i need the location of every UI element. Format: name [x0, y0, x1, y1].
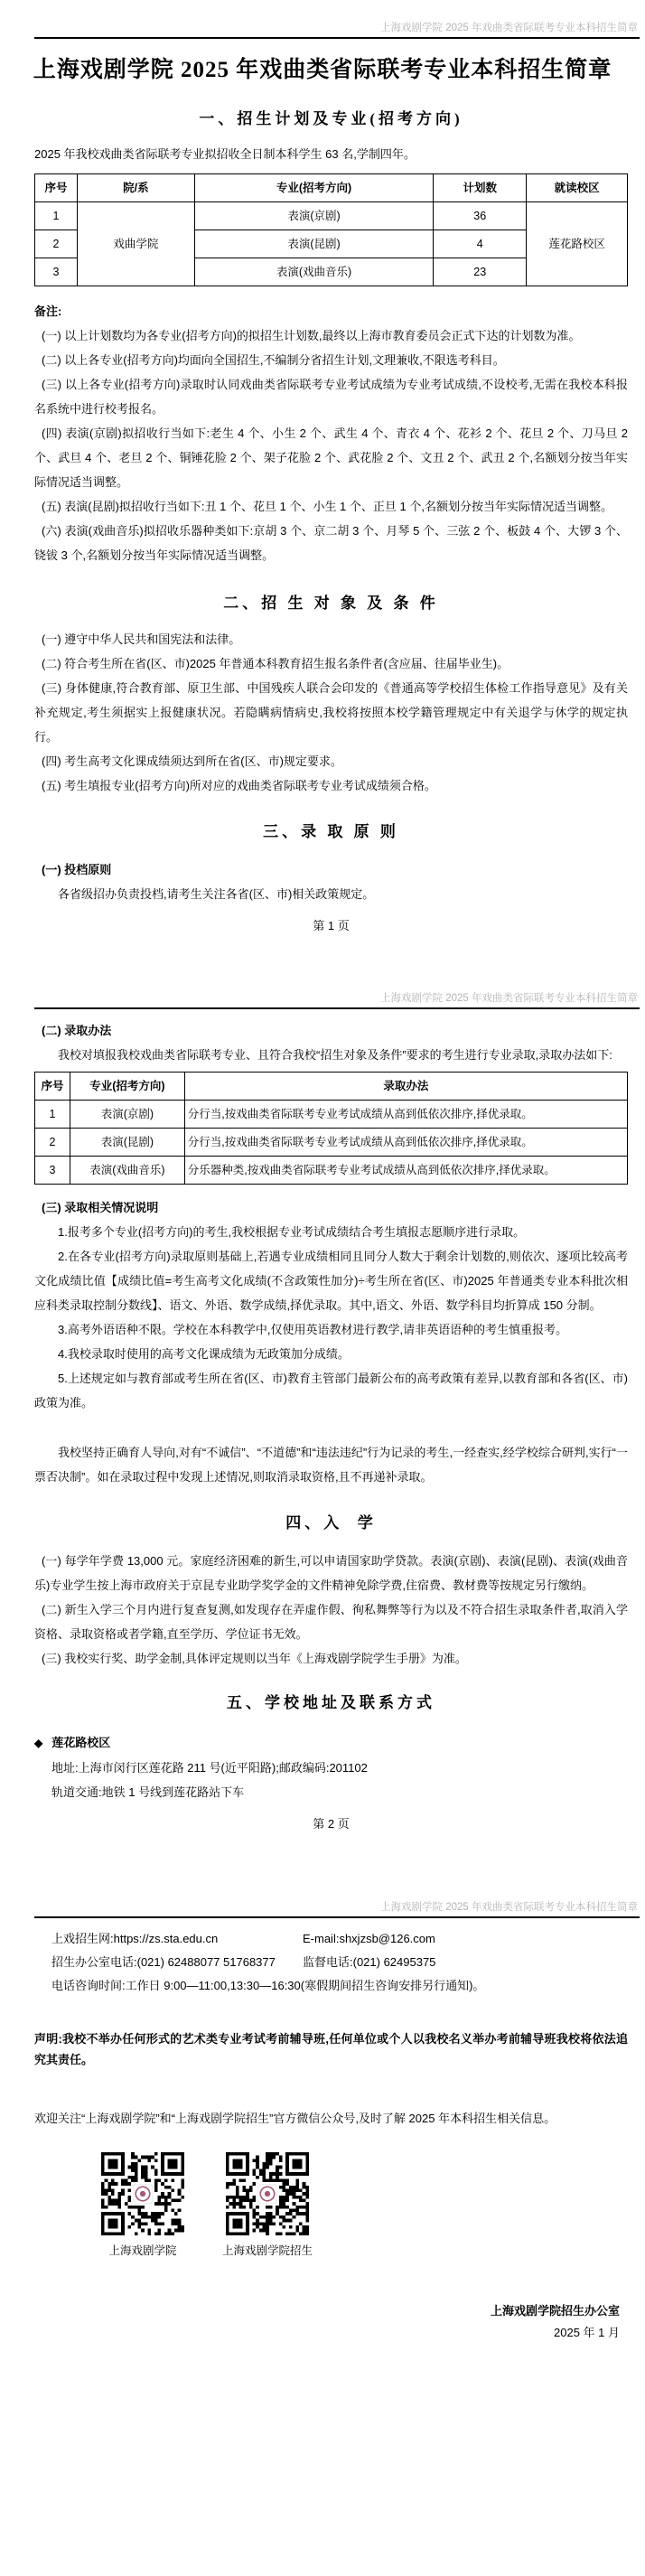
running-header: 上海戏剧学院 2025 年戏曲类省际联考专业本科招生简章	[34, 992, 640, 1005]
page-2: 上海戏剧学院 2025 年戏曲类省际联考专业本科招生简章 (二) 录取办法 我校…	[0, 938, 645, 1836]
col-campus: 就读校区	[527, 174, 628, 202]
section-3-heading: 三、录 取 原 则	[34, 821, 628, 843]
table-header-row: 序号 专业(招考方向) 录取办法	[35, 1073, 628, 1101]
col-major: 专业(招考方向)	[194, 174, 434, 202]
list-item-paragraph: 3.高考外语语种不限。学校在本科教学中,仅使用英语教材进行教学,请非英语语种的考…	[34, 1317, 628, 1342]
col-major: 专业(招考方向)	[70, 1073, 184, 1101]
list-item-paragraph: 4.我校录取时使用的高考文化课成绩为无政策加分成绩。	[34, 1342, 628, 1366]
page-header: 上海戏剧学院 2025 年戏曲类省际联考专业本科招生简章	[0, 1836, 645, 1918]
cell-major: 表演(京剧)	[70, 1101, 184, 1129]
contact-phone: 招生办公室电话:(021) 62488077 51768377	[51, 1951, 303, 1974]
col-method: 录取办法	[184, 1073, 627, 1101]
transit-line: 轨道交通:地铁 1 号线到莲花路站下车	[34, 1780, 628, 1804]
page-number: 第 1 页	[34, 913, 628, 938]
campus-name: 莲花路校区	[51, 1736, 110, 1749]
intro-paragraph: 2025 年我校戏曲类省际联考专业拟招收全日制本科学生 63 名,学制四年。	[34, 142, 628, 166]
cell-seq: 1	[35, 202, 78, 230]
cell-campus: 莲花路校区	[527, 202, 628, 286]
cell-seq: 2	[35, 230, 78, 258]
cell-major: 表演(戏曲音乐)	[70, 1157, 184, 1185]
cell-plan: 4	[434, 230, 527, 258]
running-header: 上海戏剧学院 2025 年戏曲类省际联考专业本科招生简章	[34, 22, 640, 34]
qr-code-admissions	[226, 2152, 309, 2235]
note-paragraph: (六) 表演(戏曲音乐)拟招收乐器种类如下:京胡 3 个、京二胡 3 个、月琴 …	[34, 519, 628, 567]
condition-paragraph: (一) 遵守中华人民共和国宪法和法律。	[34, 627, 628, 651]
enrollment-plan-table: 序号 院/系 专业(招考方向) 计划数 就读校区 1 戏曲学院 表演(京剧) 3…	[34, 173, 628, 286]
contact-row: 招生办公室电话:(021) 62488077 51768377 监督电话:(02…	[34, 1951, 628, 1974]
condition-paragraph: (四) 考生高考文化课成绩须达到所在省(区、市)规定要求。	[34, 749, 628, 773]
cell-method: 分行当,按戏曲类省际联考专业考试成绩从高到低依次排序,择优录取。	[184, 1101, 627, 1129]
cell-seq: 3	[35, 258, 78, 286]
col-college: 院/系	[77, 174, 194, 202]
enrollment-paragraph: (一) 每学年学费 13,000 元。家庭经济困难的新生,可以申请国家助学贷款。…	[34, 1549, 628, 1597]
contact-row: 上戏招生网:https://zs.sta.edu.cn E-mail:shxjz…	[34, 1927, 628, 1951]
cell-seq: 2	[35, 1129, 70, 1157]
admission-method-table: 序号 专业(招考方向) 录取办法 1 表演(京剧) 分行当,按戏曲类省际联考专业…	[34, 1072, 628, 1185]
section-4-heading: 四、入 学	[34, 1513, 628, 1534]
table-row: 3 表演(戏曲音乐) 分乐器种类,按戏曲类省际联考专业考试成绩从高到低依次排序,…	[35, 1157, 628, 1185]
qr-caption: 上海戏剧学院招生	[222, 2243, 313, 2259]
note-paragraph: (三) 以上各专业(招考方向)录取时认同戏曲类省际联考专业考试成绩为专业考试成绩…	[34, 372, 628, 421]
cell-plan: 23	[434, 258, 527, 286]
contact-supervision: 监督电话:(021) 62495375	[303, 1951, 435, 1974]
table-row: 2 表演(昆剧) 分行当,按戏曲类省际联考专业考试成绩从高到低依次排序,择优录取…	[35, 1129, 628, 1157]
list-item-paragraph: 2.在各专业(招考方向)录取原则基础上,若遇专业成绩相同且同分人数大于剩余计划数…	[34, 1244, 628, 1317]
body-paragraph: 我校对填报我校戏曲类省际联考专业、且符合我校“招生对象及条件”要求的考生进行专业…	[34, 1043, 628, 1067]
notes-label: 备注:	[34, 299, 628, 323]
section-5-heading: 五、学校地址及联系方式	[34, 1692, 628, 1714]
enrollment-paragraph: (二) 新生入学三个月内进行复查复测,如发现存在弄虚作假、徇私舞弊等行为以及不符…	[34, 1597, 628, 1646]
note-paragraph: (一) 以上计划数均为各专业(招考方向)的拟招生计划数,最终以上海市教育委员会正…	[34, 323, 628, 348]
declaration-paragraph: 声明:我校不举办任何形式的艺术类专业考试考前辅导班,任何单位或个人以我校名义举办…	[34, 2028, 628, 2070]
page-number: 第 2 页	[34, 1812, 628, 1836]
campus-line: ◆莲花路校区	[34, 1730, 628, 1756]
col-plan: 计划数	[434, 174, 527, 202]
list-item-paragraph: 1.报考多个专业(招考方向)的考生,我校根据专业考试成绩结合考生填报志愿顺序进行…	[34, 1220, 628, 1244]
table-row: 1 表演(京剧) 分行当,按戏曲类省际联考专业考试成绩从高到低依次排序,择优录取…	[35, 1101, 628, 1129]
col-seq: 序号	[35, 174, 78, 202]
table-row: 1 戏曲学院 表演(京剧) 36 莲花路校区	[35, 202, 628, 230]
running-header: 上海戏剧学院 2025 年戏曲类省际联考专业本科招生简章	[34, 1901, 640, 1914]
qr-code-row: 上海戏剧学院 上海戏剧学院招生	[34, 2152, 628, 2259]
cell-seq: 3	[35, 1157, 70, 1185]
address-line: 地址:上海市闵行区莲花路 211 号(近平阳路);邮政编码:201102	[34, 1756, 628, 1780]
cell-major: 表演(昆剧)	[194, 230, 434, 258]
header-rule	[34, 1916, 640, 1918]
enrollment-paragraph: (三) 我校实行奖、助学金制,具体评定规则以当年《上海戏剧学院学生手册》为准。	[34, 1646, 628, 1671]
qr-caption: 上海戏剧学院	[108, 2243, 176, 2259]
qr-block-school: 上海戏剧学院	[101, 2152, 184, 2259]
cell-method: 分乐器种类,按戏曲类省际联考专业考试成绩从高到低依次排序,择优录取。	[184, 1157, 627, 1185]
subsection-heading: (一) 投档原则	[34, 857, 628, 882]
header-rule	[34, 1007, 640, 1009]
note-paragraph: (四) 表演(京剧)拟招收行当如下:老生 4 个、小生 2 个、武生 4 个、青…	[34, 421, 628, 494]
condition-paragraph: (二) 符合考生所在省(区、市)2025 年普通本科教育招生报名条件者(含应届、…	[34, 651, 628, 676]
qr-block-admissions: 上海戏剧学院招生	[226, 2152, 309, 2259]
wechat-note: 欢迎关注“上海戏剧学院”和“上海戏剧学院招生”官方微信公众号,及时了解 2025…	[34, 2108, 628, 2129]
signoff-office: 上海戏剧学院招生办公室	[34, 2300, 628, 2322]
page-3: 上海戏剧学院 2025 年戏曲类省际联考专业本科招生简章 上戏招生网:https…	[0, 1836, 645, 2380]
page-1: 上海戏剧学院 2025 年戏曲类省际联考专业本科招生简章 上海戏剧学院 2025…	[0, 0, 645, 938]
header-rule	[34, 37, 640, 39]
note-paragraph: (二) 以上各专业(招考方向)均面向全国招生,不编制分省招生计划,文理兼收,不限…	[34, 348, 628, 372]
cell-college: 戏曲学院	[77, 202, 194, 286]
cell-major: 表演(戏曲音乐)	[194, 258, 434, 286]
table-header-row: 序号 院/系 专业(招考方向) 计划数 就读校区	[35, 174, 628, 202]
section-2-heading: 二、招 生 对 象 及 条 件	[34, 593, 628, 614]
col-seq: 序号	[35, 1073, 70, 1101]
contact-website: 上戏招生网:https://zs.sta.edu.cn	[51, 1927, 303, 1951]
contact-hours: 电话咨询时间:工作日 9:00—11:00,13:30—16:30(寒假期间招生…	[34, 1974, 628, 1998]
qr-code-school	[101, 2152, 184, 2235]
cell-seq: 1	[35, 1101, 70, 1129]
subsection-heading: (二) 录取办法	[34, 1018, 628, 1043]
document-title: 上海戏剧学院 2025 年戏曲类省际联考专业本科招生简章	[0, 56, 645, 85]
note-paragraph: (五) 表演(昆剧)拟招收行当如下:丑 1 个、花旦 1 个、小生 1 个、正旦…	[34, 494, 628, 519]
condition-paragraph: (五) 考生填报专业(招考方向)所对应的戏曲类省际联考专业考试成绩须合格。	[34, 773, 628, 798]
page-header: 上海戏剧学院 2025 年戏曲类省际联考专业本科招生简章	[0, 938, 645, 1009]
page-header: 上海戏剧学院 2025 年戏曲类省际联考专业本科招生简章	[0, 0, 645, 39]
section-1-heading: 一、招生计划及专业(招考方向)	[34, 108, 628, 130]
subsection-heading: (三) 录取相关情况说明	[34, 1195, 628, 1220]
body-paragraph: 各省级招办负责投档,请考生关注各省(区、市)相关政策规定。	[34, 882, 628, 906]
cell-major: 表演(昆剧)	[70, 1129, 184, 1157]
condition-paragraph: (三) 身体健康,符合教育部、原卫生部、中国残疾人联合会印发的《普通高等学校招生…	[34, 676, 628, 749]
contact-email: E-mail:shxjzsb@126.com	[303, 1927, 435, 1951]
cell-major: 表演(京剧)	[194, 202, 434, 230]
diamond-bullet-icon: ◆	[34, 1731, 42, 1756]
signoff-date: 2025 年 1 月	[34, 2322, 628, 2344]
cell-plan: 36	[434, 202, 527, 230]
cell-method: 分行当,按戏曲类省际联考专业考试成绩从高到低依次排序,择优录取。	[184, 1129, 627, 1157]
integrity-paragraph: 我校坚持正确育人导向,对有“不诚信”、“不道德”和“违法违纪”行为记录的考生,一…	[34, 1440, 628, 1489]
list-item-paragraph: 5.上述规定如与教育部或考生所在省(区、市)教育主管部门最新公布的高考政策有差异…	[34, 1366, 628, 1415]
